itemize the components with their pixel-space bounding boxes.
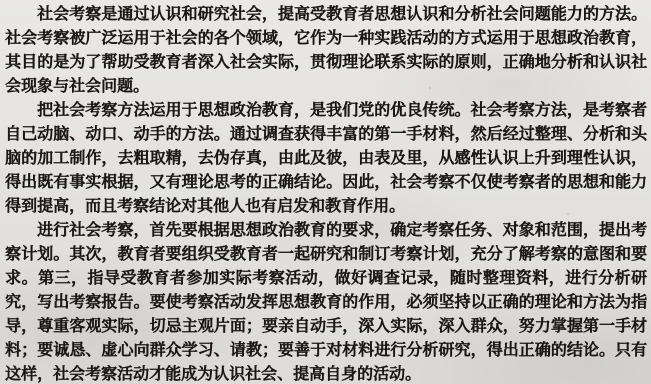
paragraph-procedure-requirements: 进行社会考察，首先要根据思想政治教育的要求，确定考察任务、对象和范围，提出考察计…: [5, 219, 647, 384]
scanned-document-page: 社会考察是通过认识和研究社会，提高受教育者思想认识和分析社会问题能力的方法。社会…: [0, 0, 651, 384]
paragraph-tradition-method: 把社会考察方法运用于思想政治教育，是我们党的优良传统。社会考察方法，是考察者自己…: [5, 99, 647, 219]
paragraph-definition: 社会考察是通过认识和研究社会，提高受教育者思想认识和分析社会问题能力的方法。社会…: [5, 3, 647, 99]
